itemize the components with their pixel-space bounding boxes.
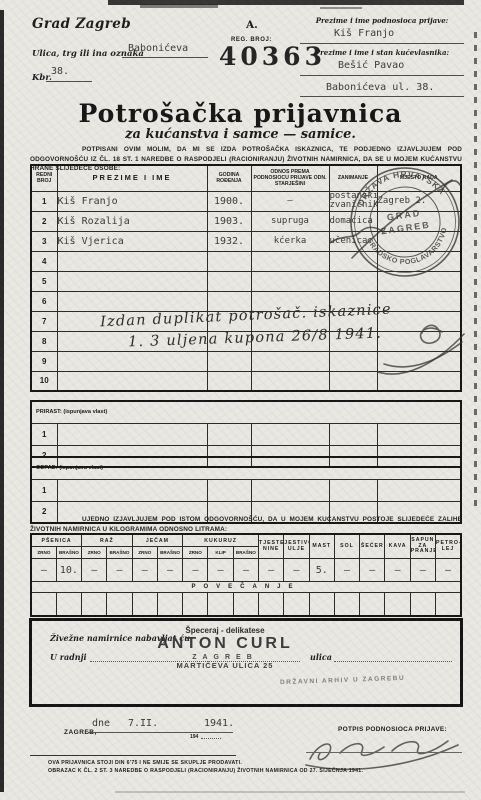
empty-cell — [334, 593, 359, 617]
scan-smudge-top — [140, 4, 218, 8]
person-relation — [251, 371, 329, 391]
person-name: Kiš Vjerica — [57, 231, 207, 251]
empty-cell — [56, 593, 81, 617]
shop-rubber-stamp: Špeceraj - delikatese ANTON CURL ZAGREB … — [135, 626, 315, 670]
supply-value: — — [31, 559, 56, 582]
preprinted-year: 194 — [190, 734, 198, 740]
person-year: 1900. — [207, 191, 251, 211]
group-raz: RAŽ — [82, 534, 133, 547]
person-year — [207, 251, 251, 271]
row-number: 1 — [31, 479, 57, 501]
col-sapun: SAPUN ZA PRANJE — [410, 534, 435, 559]
row-number: 3 — [31, 231, 57, 251]
supply-value: — — [284, 559, 309, 582]
empty-cell — [207, 423, 251, 445]
archive-stamp: DRŽAVNI ARHIV U ZAGREBU — [280, 675, 405, 686]
supply-value: — — [208, 559, 233, 582]
prirast-label-row: PRIRAST: (ispunjava vlast) — [31, 401, 461, 423]
fineprint-rule — [30, 755, 236, 756]
empty-cell — [157, 593, 182, 617]
empty-cell — [410, 593, 435, 617]
person-name — [57, 291, 207, 311]
row-number: 5 — [31, 271, 57, 291]
person-relation — [251, 351, 329, 371]
person-name — [57, 251, 207, 271]
supply-value: 10. — [56, 559, 81, 582]
row-number: 7 — [31, 311, 57, 331]
col-tjestenine: TJESTE-NINE — [259, 534, 284, 559]
odpad-table: ODPAD: (ispunjava vlast) 1 2 — [30, 456, 462, 524]
prirast-row: 1 — [31, 423, 461, 445]
year-value: 1941. — [204, 718, 234, 729]
city-name: Grad Zagreb — [32, 16, 131, 32]
empty-cell — [385, 593, 410, 617]
form-subtitle: za kućanstva i samce — samice. — [0, 127, 481, 142]
sub-col: BRAŠNO — [157, 547, 182, 559]
supply-value: — — [132, 559, 157, 582]
group-kukuruz: KUKURUZ — [183, 534, 259, 547]
empty-cell — [377, 479, 461, 501]
empty-cell — [251, 479, 329, 501]
odpad-row: 1 — [31, 479, 461, 501]
date-prefix: dne — [92, 718, 110, 729]
empty-cell — [207, 479, 251, 501]
date-value: 7.II. — [128, 718, 158, 729]
empty-cell — [57, 423, 207, 445]
row-number: 4 — [31, 251, 57, 271]
shop-name-label: U radnji — [50, 652, 87, 662]
supplies-empty-row — [31, 593, 461, 617]
col-header-odnos: ODNOS PREMA PODNOSIOCU PRIJAVE ODN. STAR… — [251, 165, 329, 191]
fill-line — [300, 75, 464, 76]
shop-declaration-box: Živežne namirnice nabavljat ću: Špeceraj… — [29, 618, 463, 707]
person-name — [57, 351, 207, 371]
col-header-redni-broj: REDNI BROJ — [31, 165, 57, 191]
col-jestivo-ulje: JESTIVO ULJE — [284, 534, 309, 559]
col-petrolej: PETRO-LEJ — [436, 534, 462, 559]
fineprint-line1: OVA PRIJAVNICA STOJI DIN 6'75 I NE SMIJE… — [48, 760, 242, 766]
fill-line — [334, 661, 452, 662]
supply-value: — — [183, 559, 208, 582]
supplies-table: PŠENICA RAŽ JEČAM KUKURUZ TJESTE-NINE JE… — [30, 533, 462, 617]
empty-cell — [360, 593, 385, 617]
empty-cell — [259, 593, 284, 617]
empty-cell — [183, 593, 208, 617]
shop-stamp-city: ZAGREB — [135, 654, 315, 661]
row-number: 1 — [31, 191, 57, 211]
shop-stamp-name: ANTON CURL — [135, 635, 315, 653]
person-relation — [251, 251, 329, 271]
group-jecam: JEČAM — [132, 534, 183, 547]
supplies-paragraph: UJEDNO IZJAVLJUJEM POD ISTOM ODGOVORNOŠĆ… — [30, 515, 462, 533]
col-sol: SOL — [334, 534, 359, 559]
person-relation: supruga — [251, 211, 329, 231]
sub-col: ZRNO — [183, 547, 208, 559]
person-year: 1903. — [207, 211, 251, 231]
person-relation — [251, 271, 329, 291]
fill-line — [122, 57, 208, 58]
person-relation: — — [251, 191, 329, 211]
sub-col: KLIP — [208, 547, 233, 559]
row-number: 10 — [31, 371, 57, 391]
person-name — [57, 271, 207, 291]
supply-value: — — [107, 559, 132, 582]
supplies-values-row: — 10. — — — — — — — — — 5. — — — — — — [31, 559, 461, 582]
shop-street-label: ulica — [310, 652, 332, 662]
empty-cell — [233, 593, 258, 617]
sub-col: BRAŠNO — [56, 547, 81, 559]
empty-cell — [31, 593, 56, 617]
clerk-signature — [372, 320, 472, 382]
fill-line — [300, 96, 464, 97]
col-header-prezime-ime: PREZIME I IME — [57, 165, 207, 191]
empty-cell — [329, 423, 377, 445]
houseowner-name: Bešić Pavao — [338, 60, 404, 71]
supply-value: — — [259, 559, 284, 582]
supply-value: — — [436, 559, 462, 582]
shop-stamp-type: Špeceraj - delikatese — [135, 626, 315, 635]
sub-col: ZRNO — [132, 547, 157, 559]
fineprint-line2: OBRAZAC K ČL. 2 ST. 3 NAREDBE O RASPODJE… — [48, 768, 363, 774]
person-year — [207, 351, 251, 371]
sub-col: ZRNO — [82, 547, 107, 559]
houseowner-address: Babonićeva ul. 38. — [326, 82, 434, 93]
supplies-group-header-row: PŠENICA RAŽ JEČAM KUKURUZ TJESTE-NINE JE… — [31, 534, 461, 547]
empty-cell — [329, 479, 377, 501]
fill-line — [300, 43, 464, 44]
supply-value: — — [157, 559, 182, 582]
signature-fill-line — [306, 752, 462, 753]
empty-cell — [251, 423, 329, 445]
prirast-label: PRIRAST: (ispunjava vlast) — [31, 401, 461, 423]
supply-value: — — [360, 559, 385, 582]
row-number: 6 — [31, 291, 57, 311]
scan-smudge-top — [320, 7, 362, 9]
empty-cell — [132, 593, 157, 617]
year-fill-line — [201, 738, 221, 739]
odpad-label: ODPAD: (ispunjava vlast) — [31, 457, 461, 479]
house-number-value: 38. — [51, 66, 69, 77]
person-relation: kćerka — [251, 231, 329, 251]
fill-line — [90, 661, 300, 662]
row-number: 8 — [31, 331, 57, 351]
street-value: Babonićeva — [128, 43, 188, 54]
sub-col: ZRNO — [31, 547, 56, 559]
applicant-name: Kiš Franjo — [334, 28, 394, 39]
empty-cell — [208, 593, 233, 617]
row-number: 9 — [31, 351, 57, 371]
person-name — [57, 371, 207, 391]
person-name: Kiš Franjo — [57, 191, 207, 211]
increase-label: POVEČANJE — [31, 582, 461, 593]
scan-streak — [115, 791, 465, 793]
section-letter: A. — [246, 19, 258, 31]
supply-value: — — [233, 559, 258, 582]
person-year — [207, 371, 251, 391]
col-secer: ŠEĆER — [360, 534, 385, 559]
scanned-form-page: Grad Zagreb Ulica, trg ili ina oznaka Ba… — [0, 0, 481, 800]
form-title: Potrošačka prijavnica — [0, 99, 481, 128]
empty-cell — [309, 593, 334, 617]
empty-cell — [57, 479, 207, 501]
sub-col: BRAŠNO — [233, 547, 258, 559]
empty-cell — [107, 593, 132, 617]
supply-value: — — [82, 559, 107, 582]
row-number: 2 — [31, 211, 57, 231]
row-number: 1 — [31, 423, 57, 445]
supplies-increase-row: POVEČANJE — [31, 582, 461, 593]
supply-value: 5. — [309, 559, 334, 582]
empty-cell — [377, 423, 461, 445]
empty-cell — [284, 593, 309, 617]
supply-value: — — [385, 559, 410, 582]
houseowner-label: Prezime i ime i stan kućevlasnika: — [300, 48, 464, 57]
person-year: 1932. — [207, 231, 251, 251]
date-fill-line — [88, 732, 233, 733]
group-psenica: PŠENICA — [31, 534, 82, 547]
person-year — [207, 271, 251, 291]
person-name: Kiš Rozalija — [57, 211, 207, 231]
col-kava: KAVA — [385, 534, 410, 559]
pen-annotation — [322, 168, 470, 270]
odpad-label-row: ODPAD: (ispunjava vlast) — [31, 457, 461, 479]
col-mast: MAST — [309, 534, 334, 559]
col-header-godina: GODINA ROĐENJA — [207, 165, 251, 191]
person-occupation — [329, 351, 377, 371]
shop-stamp-street: MARTIĆEVA ULICA 25 — [135, 661, 315, 670]
empty-cell — [82, 593, 107, 617]
empty-cell — [436, 593, 462, 617]
sub-col: BRAŠNO — [107, 547, 132, 559]
fill-line — [46, 81, 92, 82]
applicant-label: Prezime i ime podnosioca prijave: — [300, 16, 464, 25]
person-occupation — [329, 371, 377, 391]
supply-value: — — [334, 559, 359, 582]
supply-value: — — [410, 559, 435, 582]
